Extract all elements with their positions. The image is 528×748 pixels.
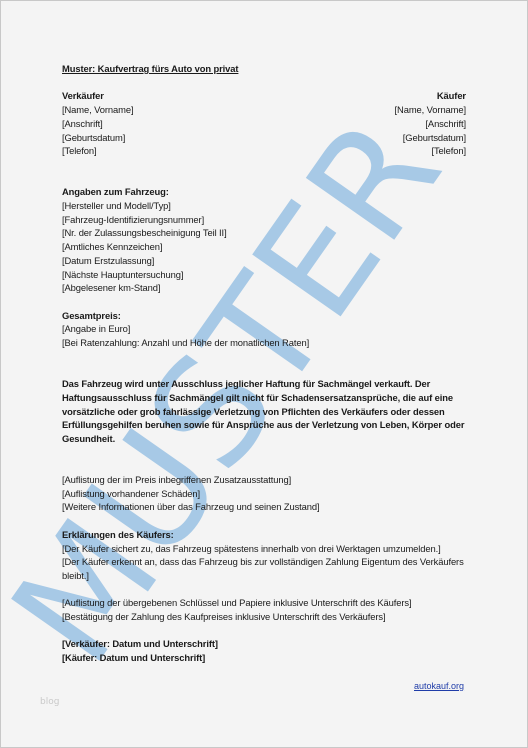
liability-line: Das Fahrzeug wird unter Ausschluss jegli… xyxy=(62,377,466,391)
contract-document: Muster: Kaufvertrag fürs Auto von privat… xyxy=(62,62,466,665)
buyer-signature: [Käufer: Datum und Unterschrift] xyxy=(62,651,466,665)
vehicle-field: [Nächste Hauptuntersuchung] xyxy=(62,268,466,282)
declaration-line: [Der Käufer sichert zu, das Fahrzeug spä… xyxy=(62,542,466,556)
buyer-field: [Geburtsdatum] xyxy=(395,131,466,145)
liability-line: Haftungsausschluss für Sachmängel gilt n… xyxy=(62,391,466,405)
price-section: Gesamtpreis: [Angabe in Euro] [Bei Raten… xyxy=(62,309,466,350)
buyer-field: [Name, Vorname] xyxy=(395,103,466,117)
extras-line: [Weitere Informationen über das Fahrzeug… xyxy=(62,500,466,514)
buyer-field: [Anschrift] xyxy=(395,117,466,131)
price-field: [Angabe in Euro] xyxy=(62,322,466,336)
buyer-field: [Telefon] xyxy=(395,144,466,158)
document-title: Muster: Kaufvertrag fürs Auto von privat xyxy=(62,62,466,76)
buyer-declarations-heading: Erklärungen des Käufers: xyxy=(62,528,466,542)
vehicle-section: Angaben zum Fahrzeug: [Hersteller und Mo… xyxy=(62,185,466,295)
handover-line: [Bestätigung der Zahlung des Kaufpreises… xyxy=(62,610,466,624)
buyer-block: Käufer [Name, Vorname] [Anschrift] [Gebu… xyxy=(395,89,466,158)
blog-watermark-label: blog xyxy=(40,697,59,707)
extras-section: [Auflistung der im Preis inbegriffenen Z… xyxy=(62,473,466,514)
buyer-heading: Käufer xyxy=(395,89,466,103)
buyer-declarations-section: Erklärungen des Käufers: [Der Käufer sic… xyxy=(62,528,466,583)
liability-line: Erfüllungsgehilfen beruhen sowie für Ans… xyxy=(62,418,466,432)
price-field: [Bei Ratenzahlung: Anzahl und Höhe der m… xyxy=(62,336,466,350)
vehicle-field: [Hersteller und Modell/Typ] xyxy=(62,199,466,213)
seller-signature: [Verkäufer: Datum und Unterschrift] xyxy=(62,637,466,651)
declaration-line: [Der Käufer erkennt an, dass das Fahrzeu… xyxy=(62,555,466,569)
price-heading: Gesamtpreis: xyxy=(62,309,466,323)
vehicle-field: [Amtliches Kennzeichen] xyxy=(62,240,466,254)
signatures-section: [Verkäufer: Datum und Unterschrift] [Käu… xyxy=(62,637,466,664)
liability-clause: Das Fahrzeug wird unter Ausschluss jegli… xyxy=(62,377,466,446)
seller-field: [Anschrift] xyxy=(62,117,133,131)
seller-heading: Verkäufer xyxy=(62,89,133,103)
extras-line: [Auflistung der im Preis inbegriffenen Z… xyxy=(62,473,466,487)
vehicle-field: [Datum Erstzulassung] xyxy=(62,254,466,268)
extras-line: [Auflistung vorhandener Schäden] xyxy=(62,487,466,501)
vehicle-field: [Fahrzeug-Identifizierungsnummer] xyxy=(62,213,466,227)
declaration-line: bleibt.] xyxy=(62,569,466,583)
vehicle-heading: Angaben zum Fahrzeug: xyxy=(62,185,466,199)
seller-field: [Name, Vorname] xyxy=(62,103,133,117)
parties: Verkäufer [Name, Vorname] [Anschrift] [G… xyxy=(62,89,466,158)
liability-line: Gesundheit. xyxy=(62,432,466,446)
seller-field: [Geburtsdatum] xyxy=(62,131,133,145)
liability-line: vorsätzliche oder grob fahrlässige Verle… xyxy=(62,405,466,419)
seller-field: [Telefon] xyxy=(62,144,133,158)
handover-line: [Auflistung der übergebenen Schlüssel un… xyxy=(62,596,466,610)
vehicle-field: [Nr. der Zulassungsbescheinigung Teil II… xyxy=(62,226,466,240)
seller-block: Verkäufer [Name, Vorname] [Anschrift] [G… xyxy=(62,89,133,158)
autokauf-link[interactable]: autokauf.org xyxy=(414,681,464,691)
handover-section: [Auflistung der übergebenen Schlüssel un… xyxy=(62,596,466,623)
vehicle-field: [Abgelesener km-Stand] xyxy=(62,281,466,295)
